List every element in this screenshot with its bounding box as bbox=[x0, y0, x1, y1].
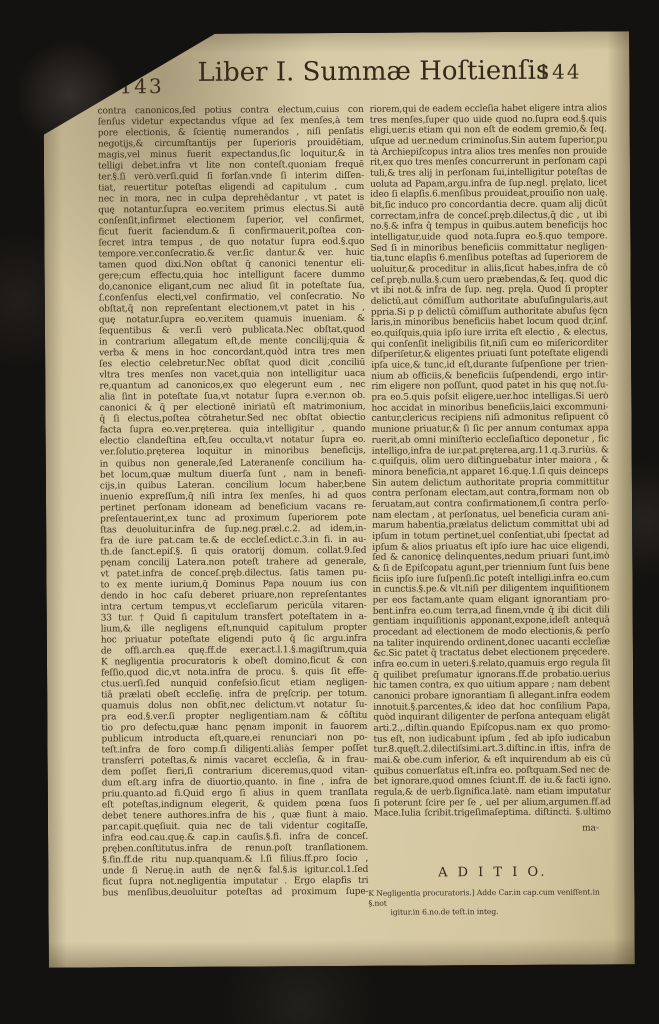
catchword: ma- bbox=[374, 823, 599, 834]
footnote-line: K Negligentia procuratoris.] Adde Car.in… bbox=[368, 887, 612, 907]
text-column-right: riorem,qui de eadem eccleſia habet elige… bbox=[370, 103, 611, 819]
aditio-footnote: K Negligentia procuratoris.] Adde Car.in… bbox=[368, 887, 612, 917]
text-line: Mace.Iulia ſcribit.trigeſimaſeptima. diſ… bbox=[374, 808, 611, 820]
footnote-line: igitur.in 6.no.de teſt.in integ. bbox=[368, 906, 612, 917]
page-number-right: 144 bbox=[537, 60, 581, 84]
scan-background: { "page": { "header": { "page_number_lef… bbox=[0, 0, 659, 1024]
book-page-scan: 143 Liber I. Summæ Hoſtienſis 144 contra… bbox=[43, 31, 635, 968]
text-line: ruerit,ab omni miniſterio eccleſiaſtico … bbox=[372, 434, 609, 446]
text-line: ſeruatam,aut contra confirmationem,ſi co… bbox=[372, 498, 609, 510]
text-line: bus menſibus,deuoluitur poteſtas ad prox… bbox=[102, 887, 368, 900]
page-number-left: 143 bbox=[119, 74, 163, 98]
aditio-heading: A D I T I O. bbox=[374, 864, 611, 880]
text-line: & ſi de Epiſcopatu agunt,per triennium ſ… bbox=[372, 562, 609, 574]
text-line: ipſum in totum pertinet,uel conſentiat,u… bbox=[372, 530, 609, 542]
text-line: minora beneficia,nt apparet 16.quę.1.ſi … bbox=[372, 466, 609, 478]
text-column-left: contra canonicos,ſed potius contra elect… bbox=[98, 105, 369, 900]
running-title: Liber I. Summæ Hoſtienſis bbox=[193, 56, 553, 88]
